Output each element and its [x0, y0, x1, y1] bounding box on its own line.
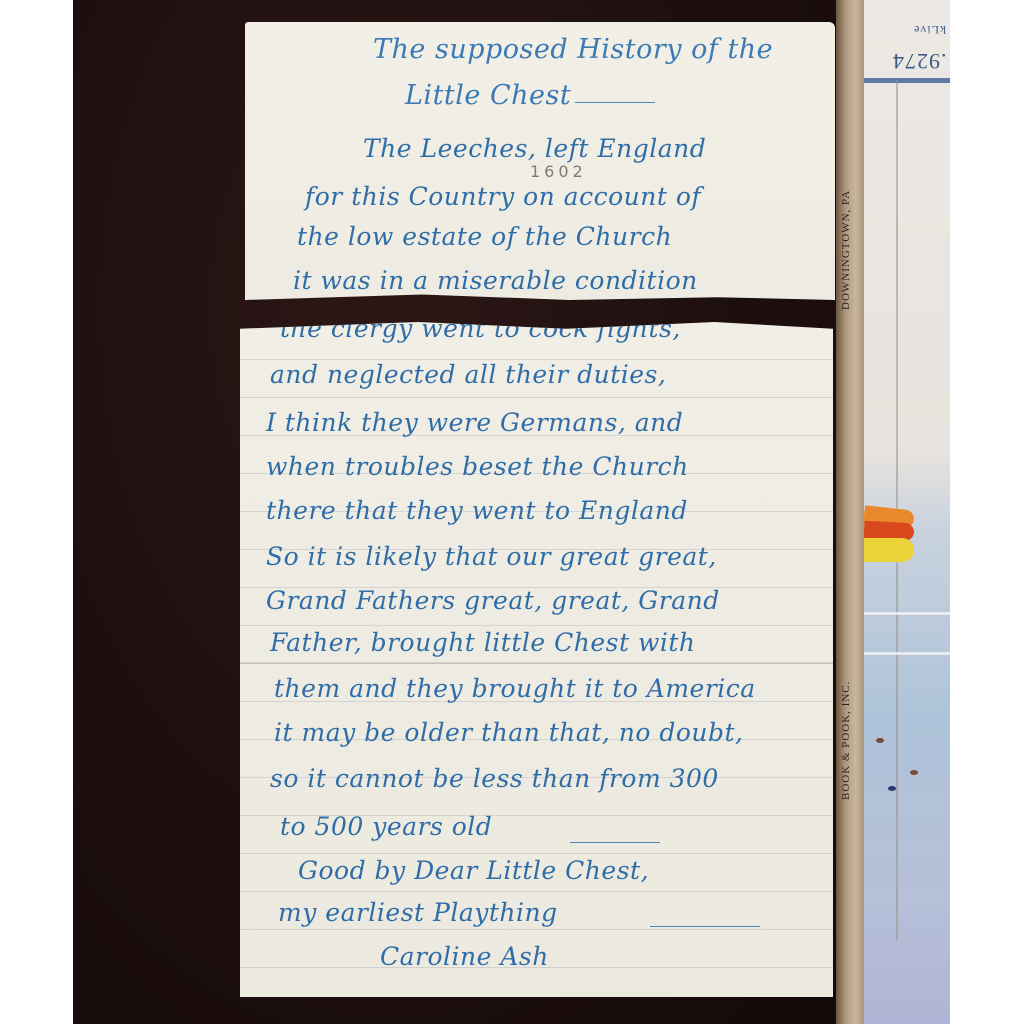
painting-bird-icon	[910, 770, 918, 775]
letter-line: to 500 years old	[280, 812, 492, 841]
letter-line: the low estate of the Church	[297, 222, 672, 251]
spine-location-text: Downingtown, PA	[840, 100, 860, 310]
paper-fold-crease	[240, 662, 833, 664]
line-end-dash	[650, 926, 760, 927]
letter-line: my earliest Plaything	[278, 898, 558, 927]
line-end-dash	[570, 842, 660, 843]
painting-wave	[864, 612, 950, 615]
letter-line: when troubles beset the Church	[266, 452, 689, 481]
date-annotation: 1602	[530, 162, 587, 181]
signature: Caroline Ash	[380, 942, 549, 971]
letter-line: Grand Fathers great, great, Grand	[266, 586, 720, 615]
letter-line: Father, brought little Chest with	[270, 628, 696, 657]
letter-line: I think they were Germans, and	[266, 408, 683, 437]
letter-line: them and they brought it to America	[274, 674, 756, 703]
letter-line: there that they went to England	[266, 496, 688, 525]
auction-catalog-cover: kLive .9274	[864, 0, 950, 1024]
catalog-folder-spine: Downingtown, PA Book & Pook, Inc.	[836, 0, 864, 1024]
catalog-number: .9274	[892, 48, 947, 74]
letter-line: So it is likely that our great great,	[266, 542, 717, 571]
catalog-subtext: kLive	[913, 22, 946, 37]
letter-line: and neglected all their duties,	[270, 360, 666, 389]
letter-line: The Leeches, left England	[363, 134, 706, 163]
letter-line: Good by Dear Little Chest,	[298, 856, 649, 885]
letter-line: it was in a miserable condition	[293, 266, 698, 295]
painting-wave	[864, 652, 950, 655]
catalog-blue-rule	[864, 78, 950, 83]
letter-title-line-1: The supposed History of the	[373, 34, 773, 65]
letter-line: it may be older than that, no doubt,	[274, 718, 744, 747]
letter-lower-fragment: the clergy went to cock fights, and negl…	[240, 322, 833, 997]
painting-bird-icon	[888, 786, 896, 791]
painting-sunset-stroke	[864, 538, 914, 562]
spine-company-text: Book & Pook, Inc.	[840, 570, 860, 800]
title-underline	[575, 102, 655, 103]
letter-line: so it cannot be less than from 300	[270, 764, 719, 793]
letter-title-line-2: Little Chest	[405, 80, 571, 111]
painting-bird-icon	[876, 738, 884, 743]
letter-upper-fragment: The supposed History of the Little Chest…	[245, 22, 835, 300]
letter-line: for this Country on account of	[305, 182, 701, 211]
